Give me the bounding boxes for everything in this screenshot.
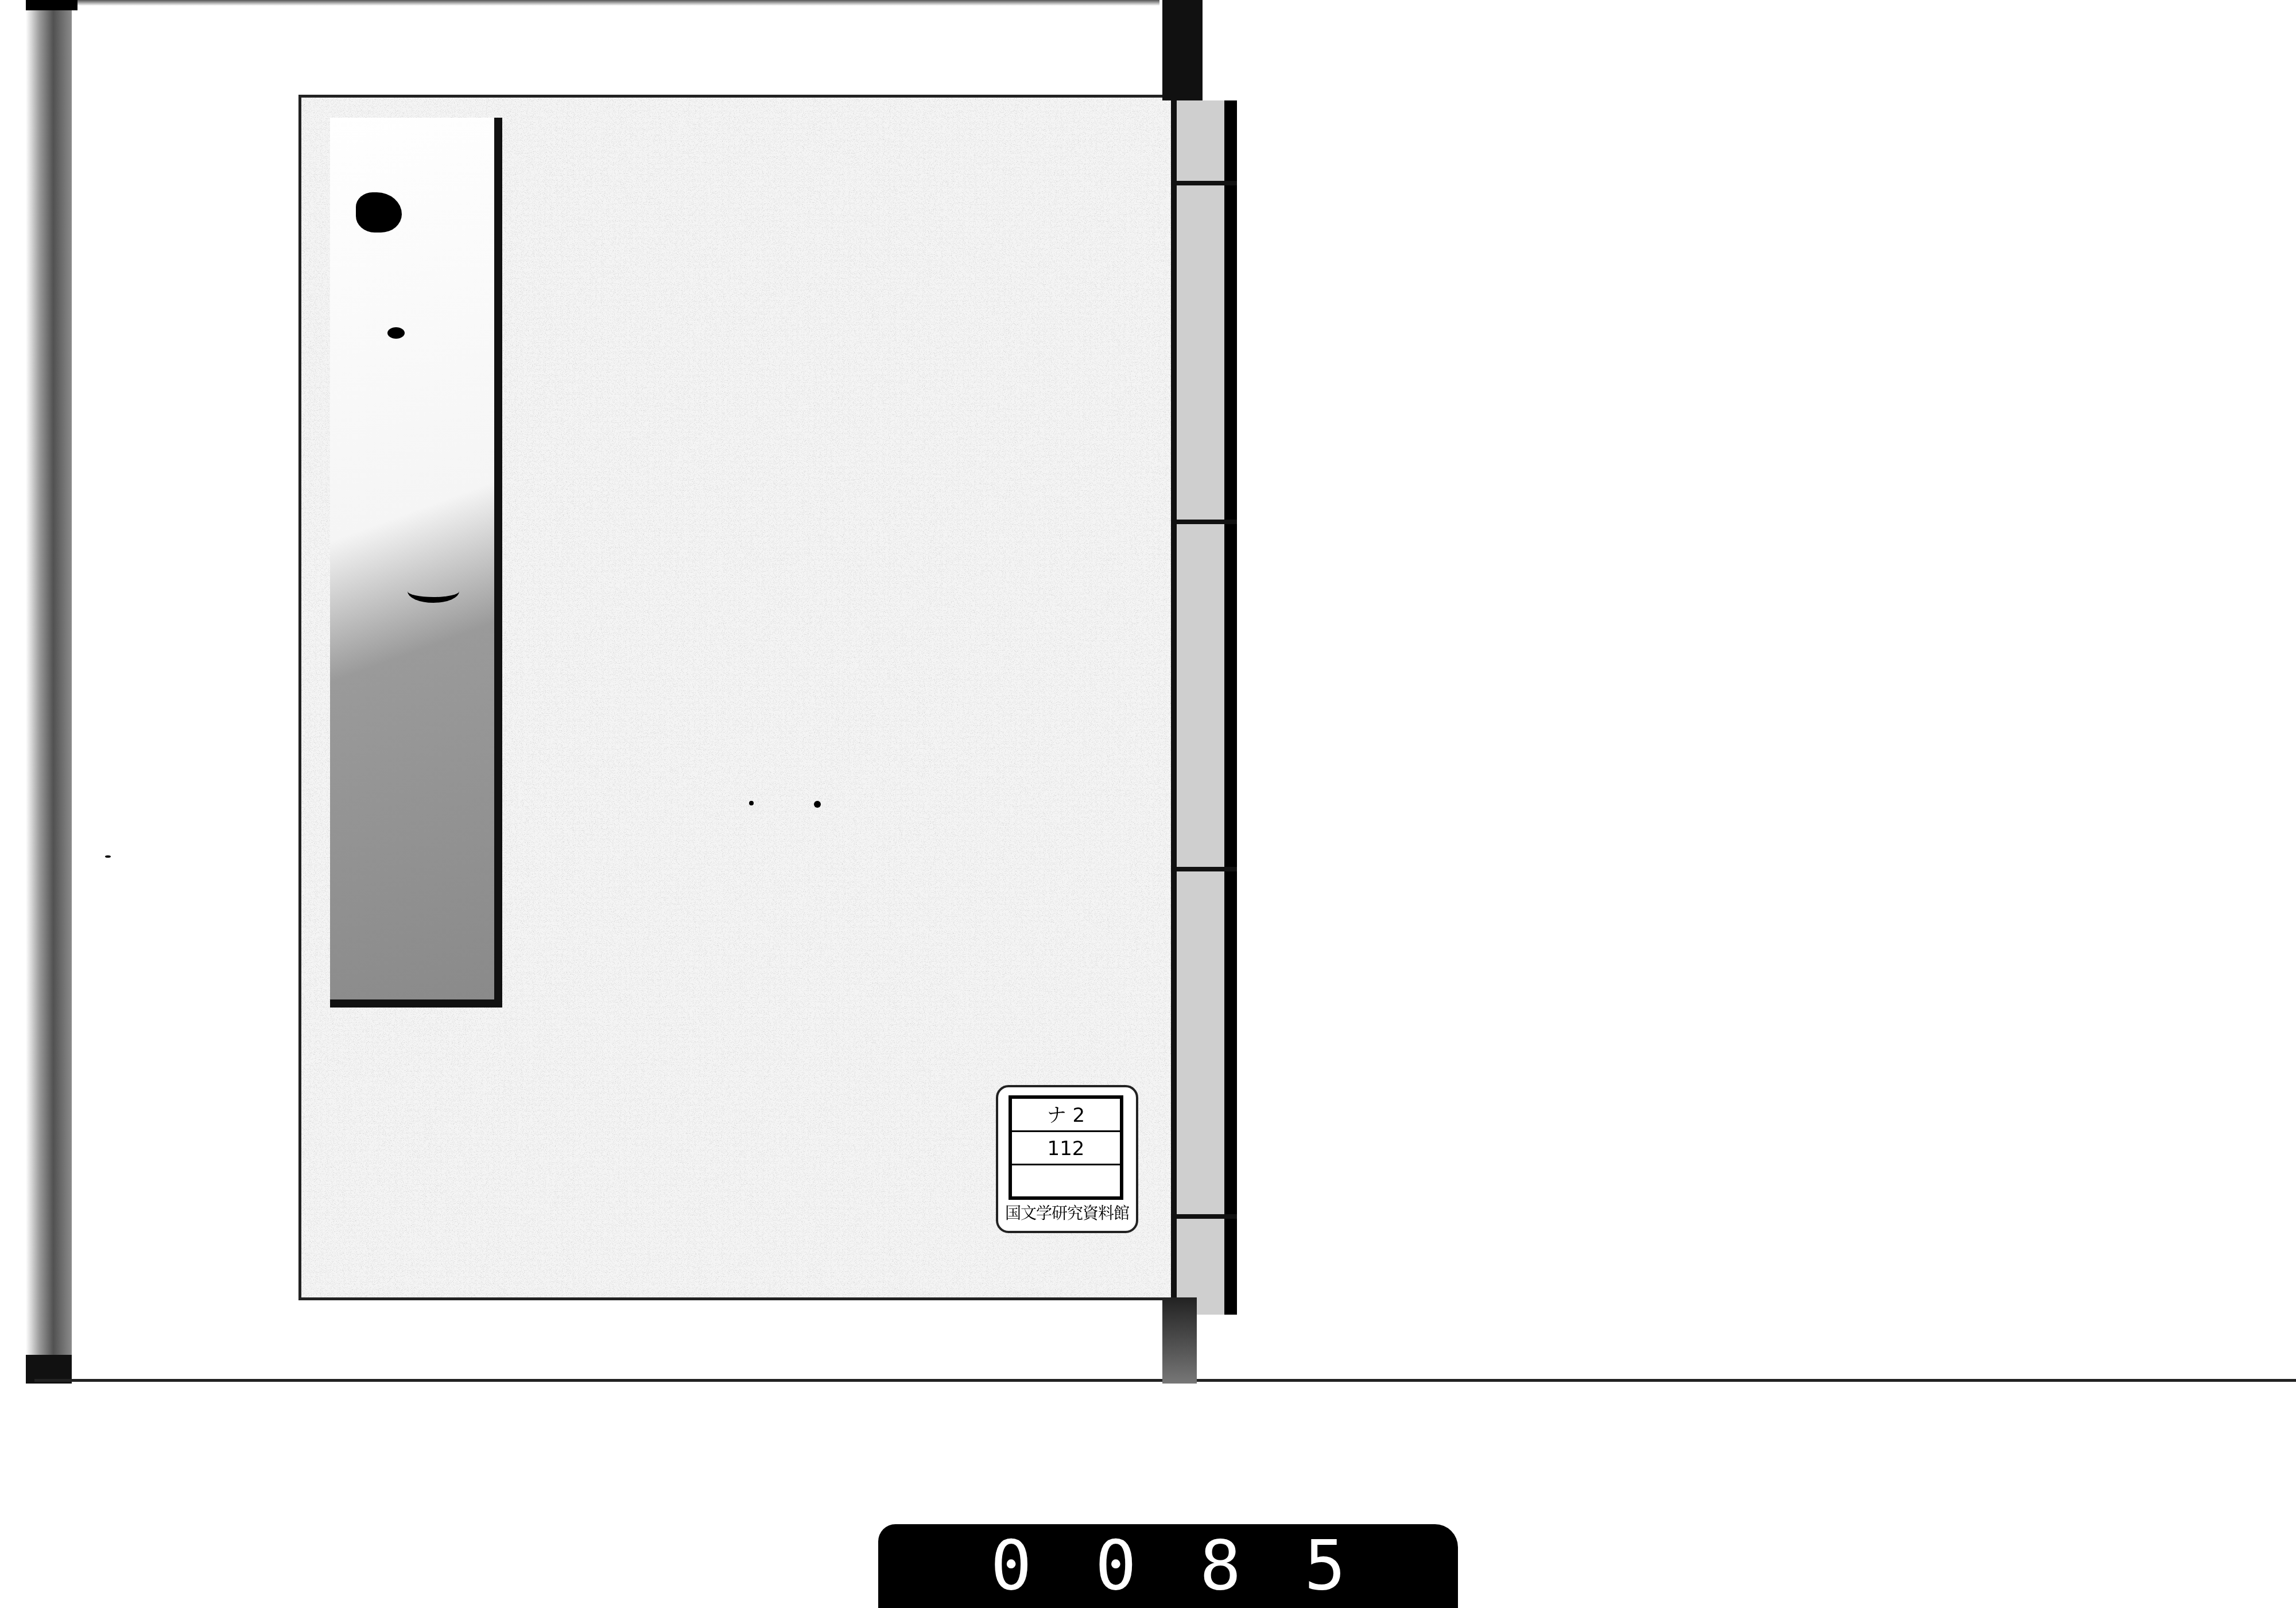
institution-name: 国文学研究資料館 [998,1201,1136,1224]
call-number-item: 112 [1012,1132,1120,1165]
binding-stitch [1171,181,1237,185]
speck [814,801,821,808]
microfilm-frame-counter: 0085 [878,1524,1458,1608]
scan-frame: ナ 2 112 国文学研究資料館 0085 [0,0,2296,1608]
left-edge-corner [26,0,77,10]
library-call-number-label: ナ 2 112 国文学研究資料館 [996,1085,1138,1233]
spine-top-shadow [1162,0,1203,100]
scan-top-edge [69,0,1159,6]
speck [749,801,754,805]
ink-spot [387,327,405,339]
call-number-blank [1012,1165,1120,1196]
frame-number: 0085 [878,1524,1458,1608]
title-slip [330,118,502,1008]
left-binding-shadow [26,0,72,1384]
book-spine [1171,100,1237,1315]
binding-stitch [1171,1214,1237,1219]
binding-stitch [1171,867,1237,871]
binding-stitch [1171,520,1237,524]
label-table: ナ 2 112 [1009,1095,1123,1200]
call-number-class: ナ 2 [1012,1099,1120,1132]
spine-bottom-shadow [1162,1297,1197,1384]
brush-mark [408,580,459,603]
speck [105,855,111,858]
